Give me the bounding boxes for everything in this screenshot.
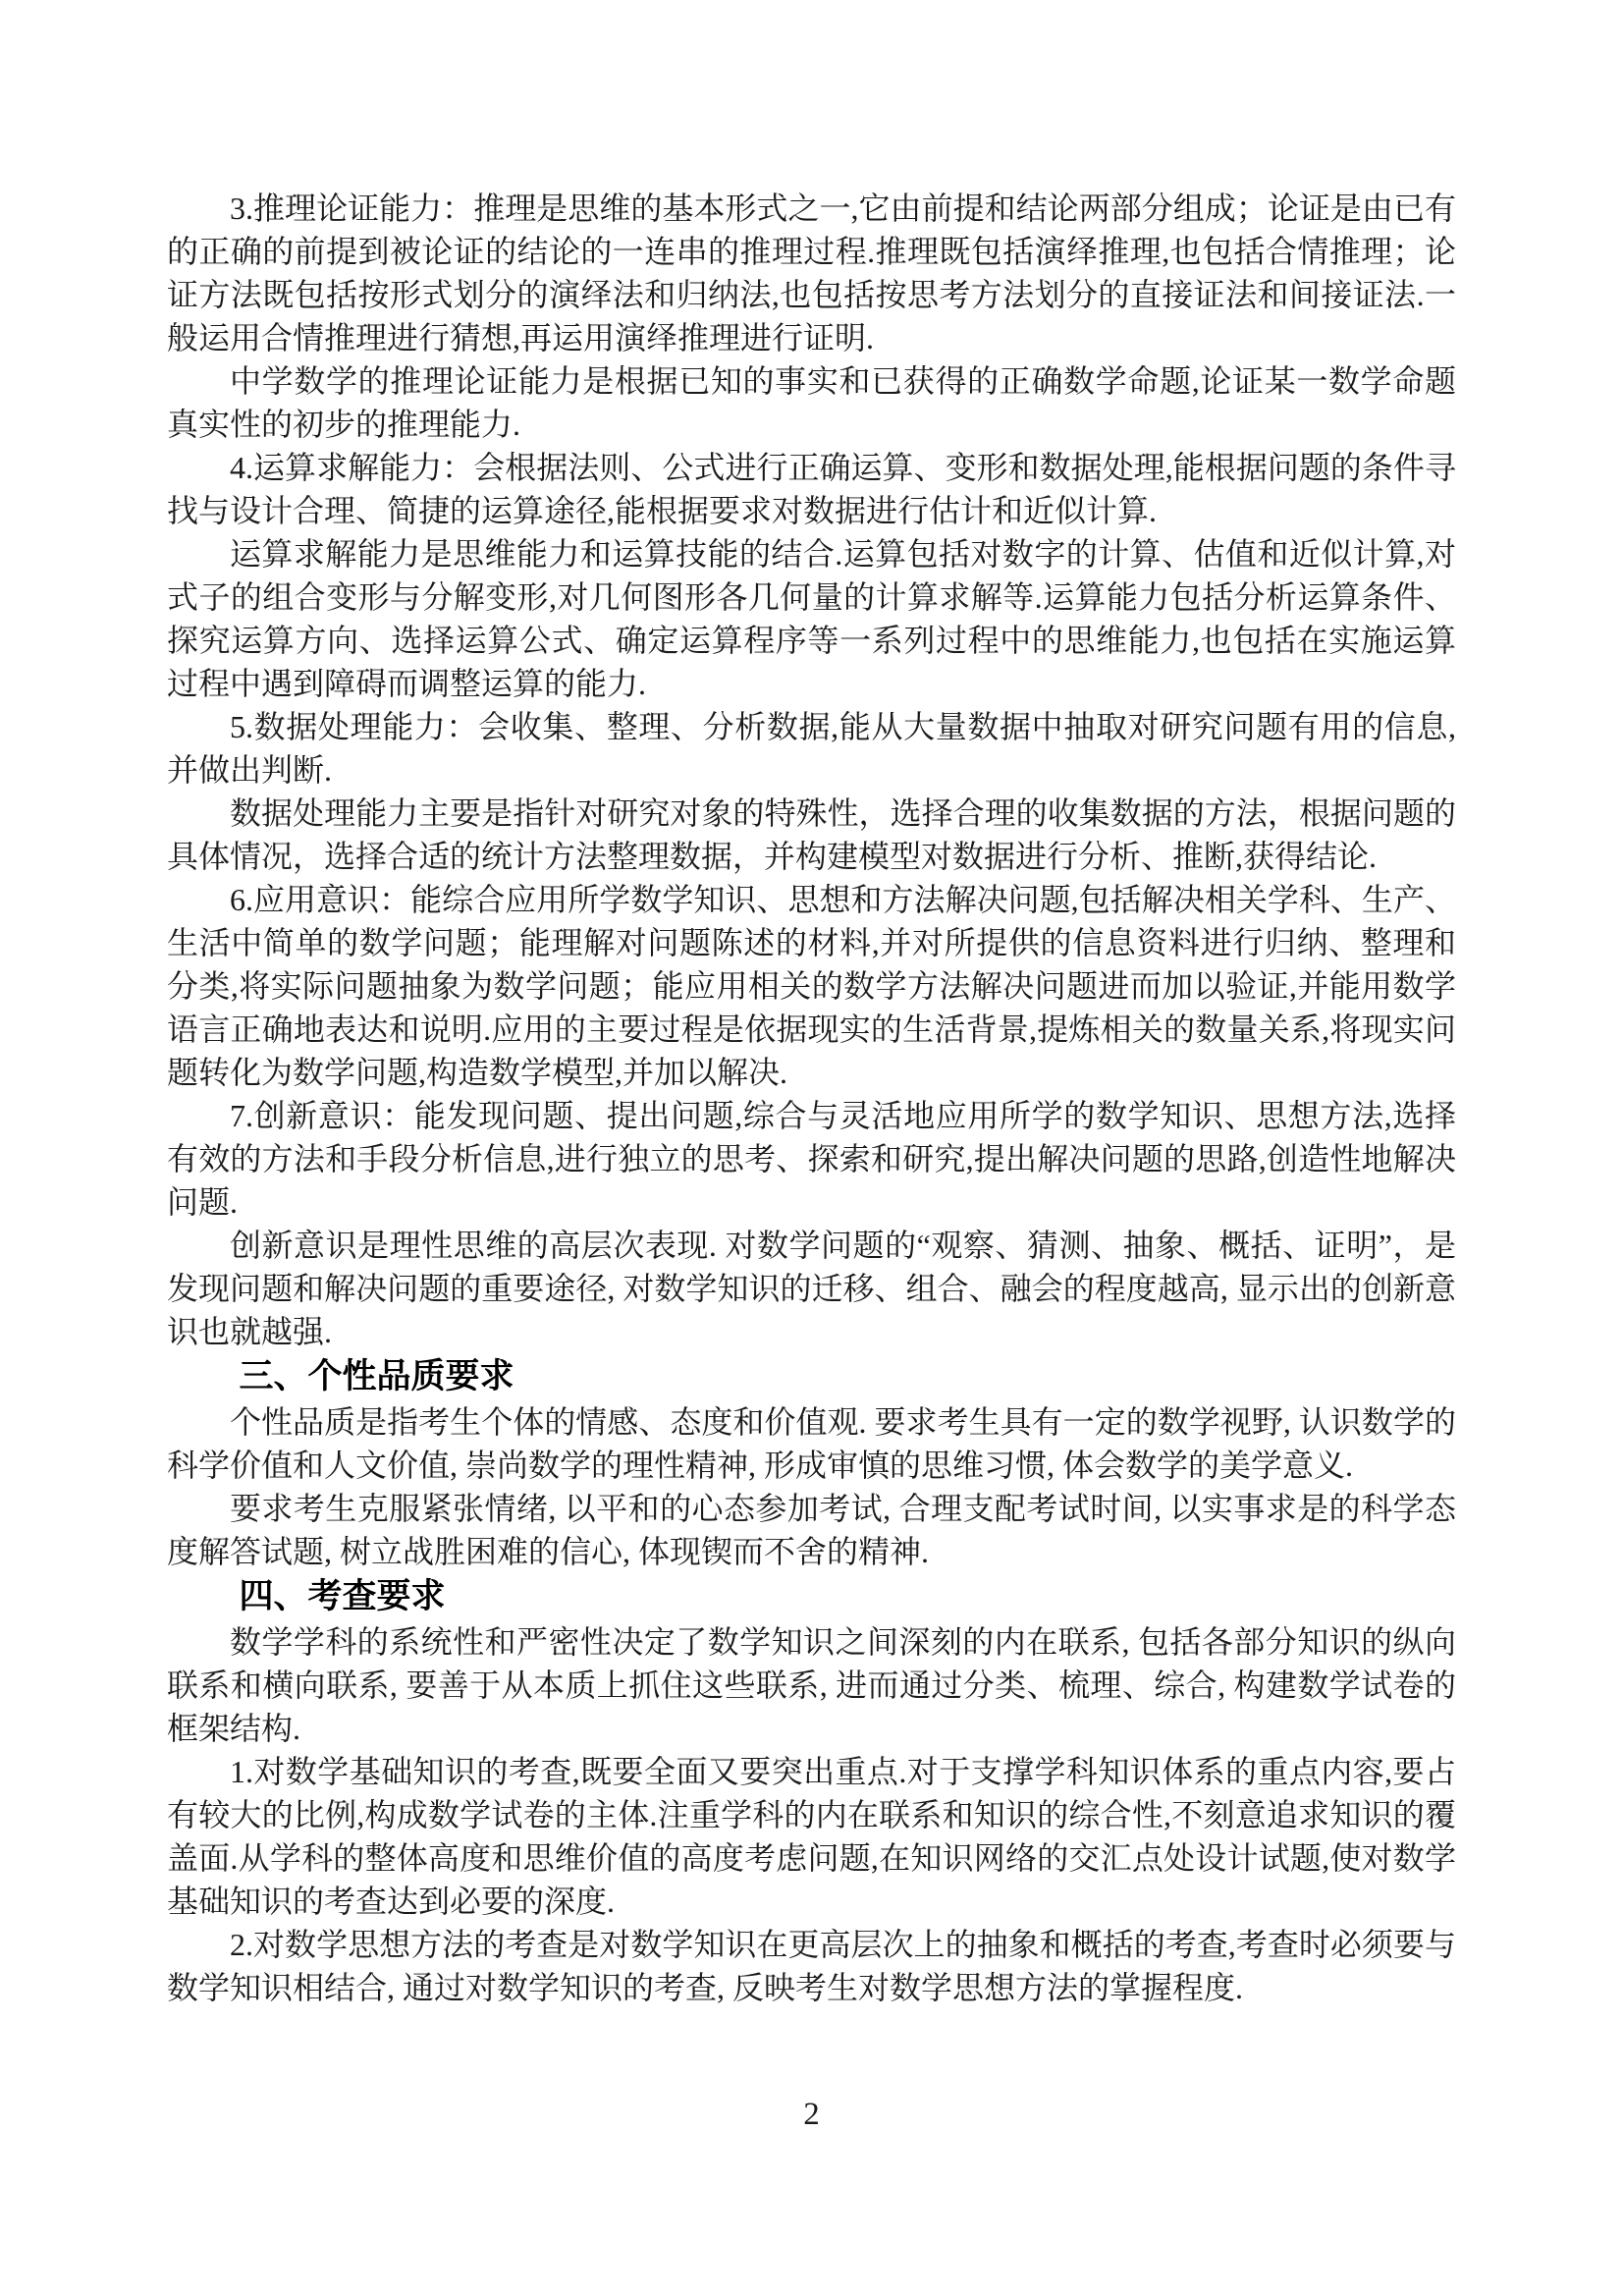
document-page: 3.推理论证能力：推理是思维的基本形式之一,它由前提和结论两部分组成；论证是由已…: [0, 0, 1623, 2296]
paragraph-computation-definition: 运算求解能力是思维能力和运算技能的结合.运算包括对数字的计算、估值和近似计算,对…: [167, 532, 1456, 705]
page-number: 2: [0, 2097, 1623, 2133]
paragraph-data-processing-definition: 数据处理能力主要是指针对研究对象的特殊性，选择合理的收集数据的方法，根据问题的具…: [167, 792, 1456, 878]
paragraph-computation-ability: 4.运算求解能力：会根据法则、公式进行正确运算、变形和数据处理,能根据问题的条件…: [167, 446, 1456, 532]
paragraph-application-awareness: 6.应用意识：能综合应用所学数学知识、思想和方法解决问题,包括解决相关学科、生产…: [167, 878, 1456, 1094]
paragraph-reasoning-ability: 3.推理论证能力：推理是思维的基本形式之一,它由前提和结论两部分组成；论证是由已…: [167, 187, 1456, 359]
paragraph-data-processing-ability: 5.数据处理能力：会收集、整理、分析数据,能从大量数据中抽取对研究问题有用的信息…: [167, 705, 1456, 792]
paragraph-innovation-definition: 创新意识是理性思维的高层次表现. 对数学问题的“观察、猜测、抽象、概括、证明”，…: [167, 1224, 1456, 1353]
paragraph-personality-exam-attitude: 要求考生克服紧张情绪, 以平和的心态参加考试, 合理支配考试时间, 以实事求是的…: [167, 1487, 1456, 1573]
paragraph-thought-method-exam: 2.对数学思想方法的考查是对数学知识在更高层次上的抽象和概括的考查,考查时必须要…: [167, 1923, 1456, 2009]
paragraph-innovation-awareness: 7.创新意识：能发现问题、提出问题,综合与灵活地应用所学的数学知识、思想方法,选…: [167, 1094, 1456, 1224]
section-heading-personality-requirements: 三、个性品质要求: [167, 1353, 1456, 1400]
paragraph-personality-definition: 个性品质是指考生个体的情感、态度和价值观. 要求考生具有一定的数学视野, 认识数…: [167, 1400, 1456, 1487]
paragraph-reasoning-definition: 中学数学的推理论证能力是根据已知的事实和已获得的正确数学命题,论证某一数学命题真…: [167, 359, 1456, 446]
document-body: 3.推理论证能力：推理是思维的基本形式之一,它由前提和结论两部分组成；论证是由已…: [167, 187, 1456, 2009]
section-heading-examination-requirements: 四、考查要求: [167, 1573, 1456, 1620]
paragraph-exam-structure: 数学学科的系统性和严密性决定了数学知识之间深刻的内在联系, 包括各部分知识的纵向…: [167, 1620, 1456, 1750]
paragraph-basic-knowledge-exam: 1.对数学基础知识的考查,既要全面又要突出重点.对于支撑学科知识体系的重点内容,…: [167, 1750, 1456, 1923]
